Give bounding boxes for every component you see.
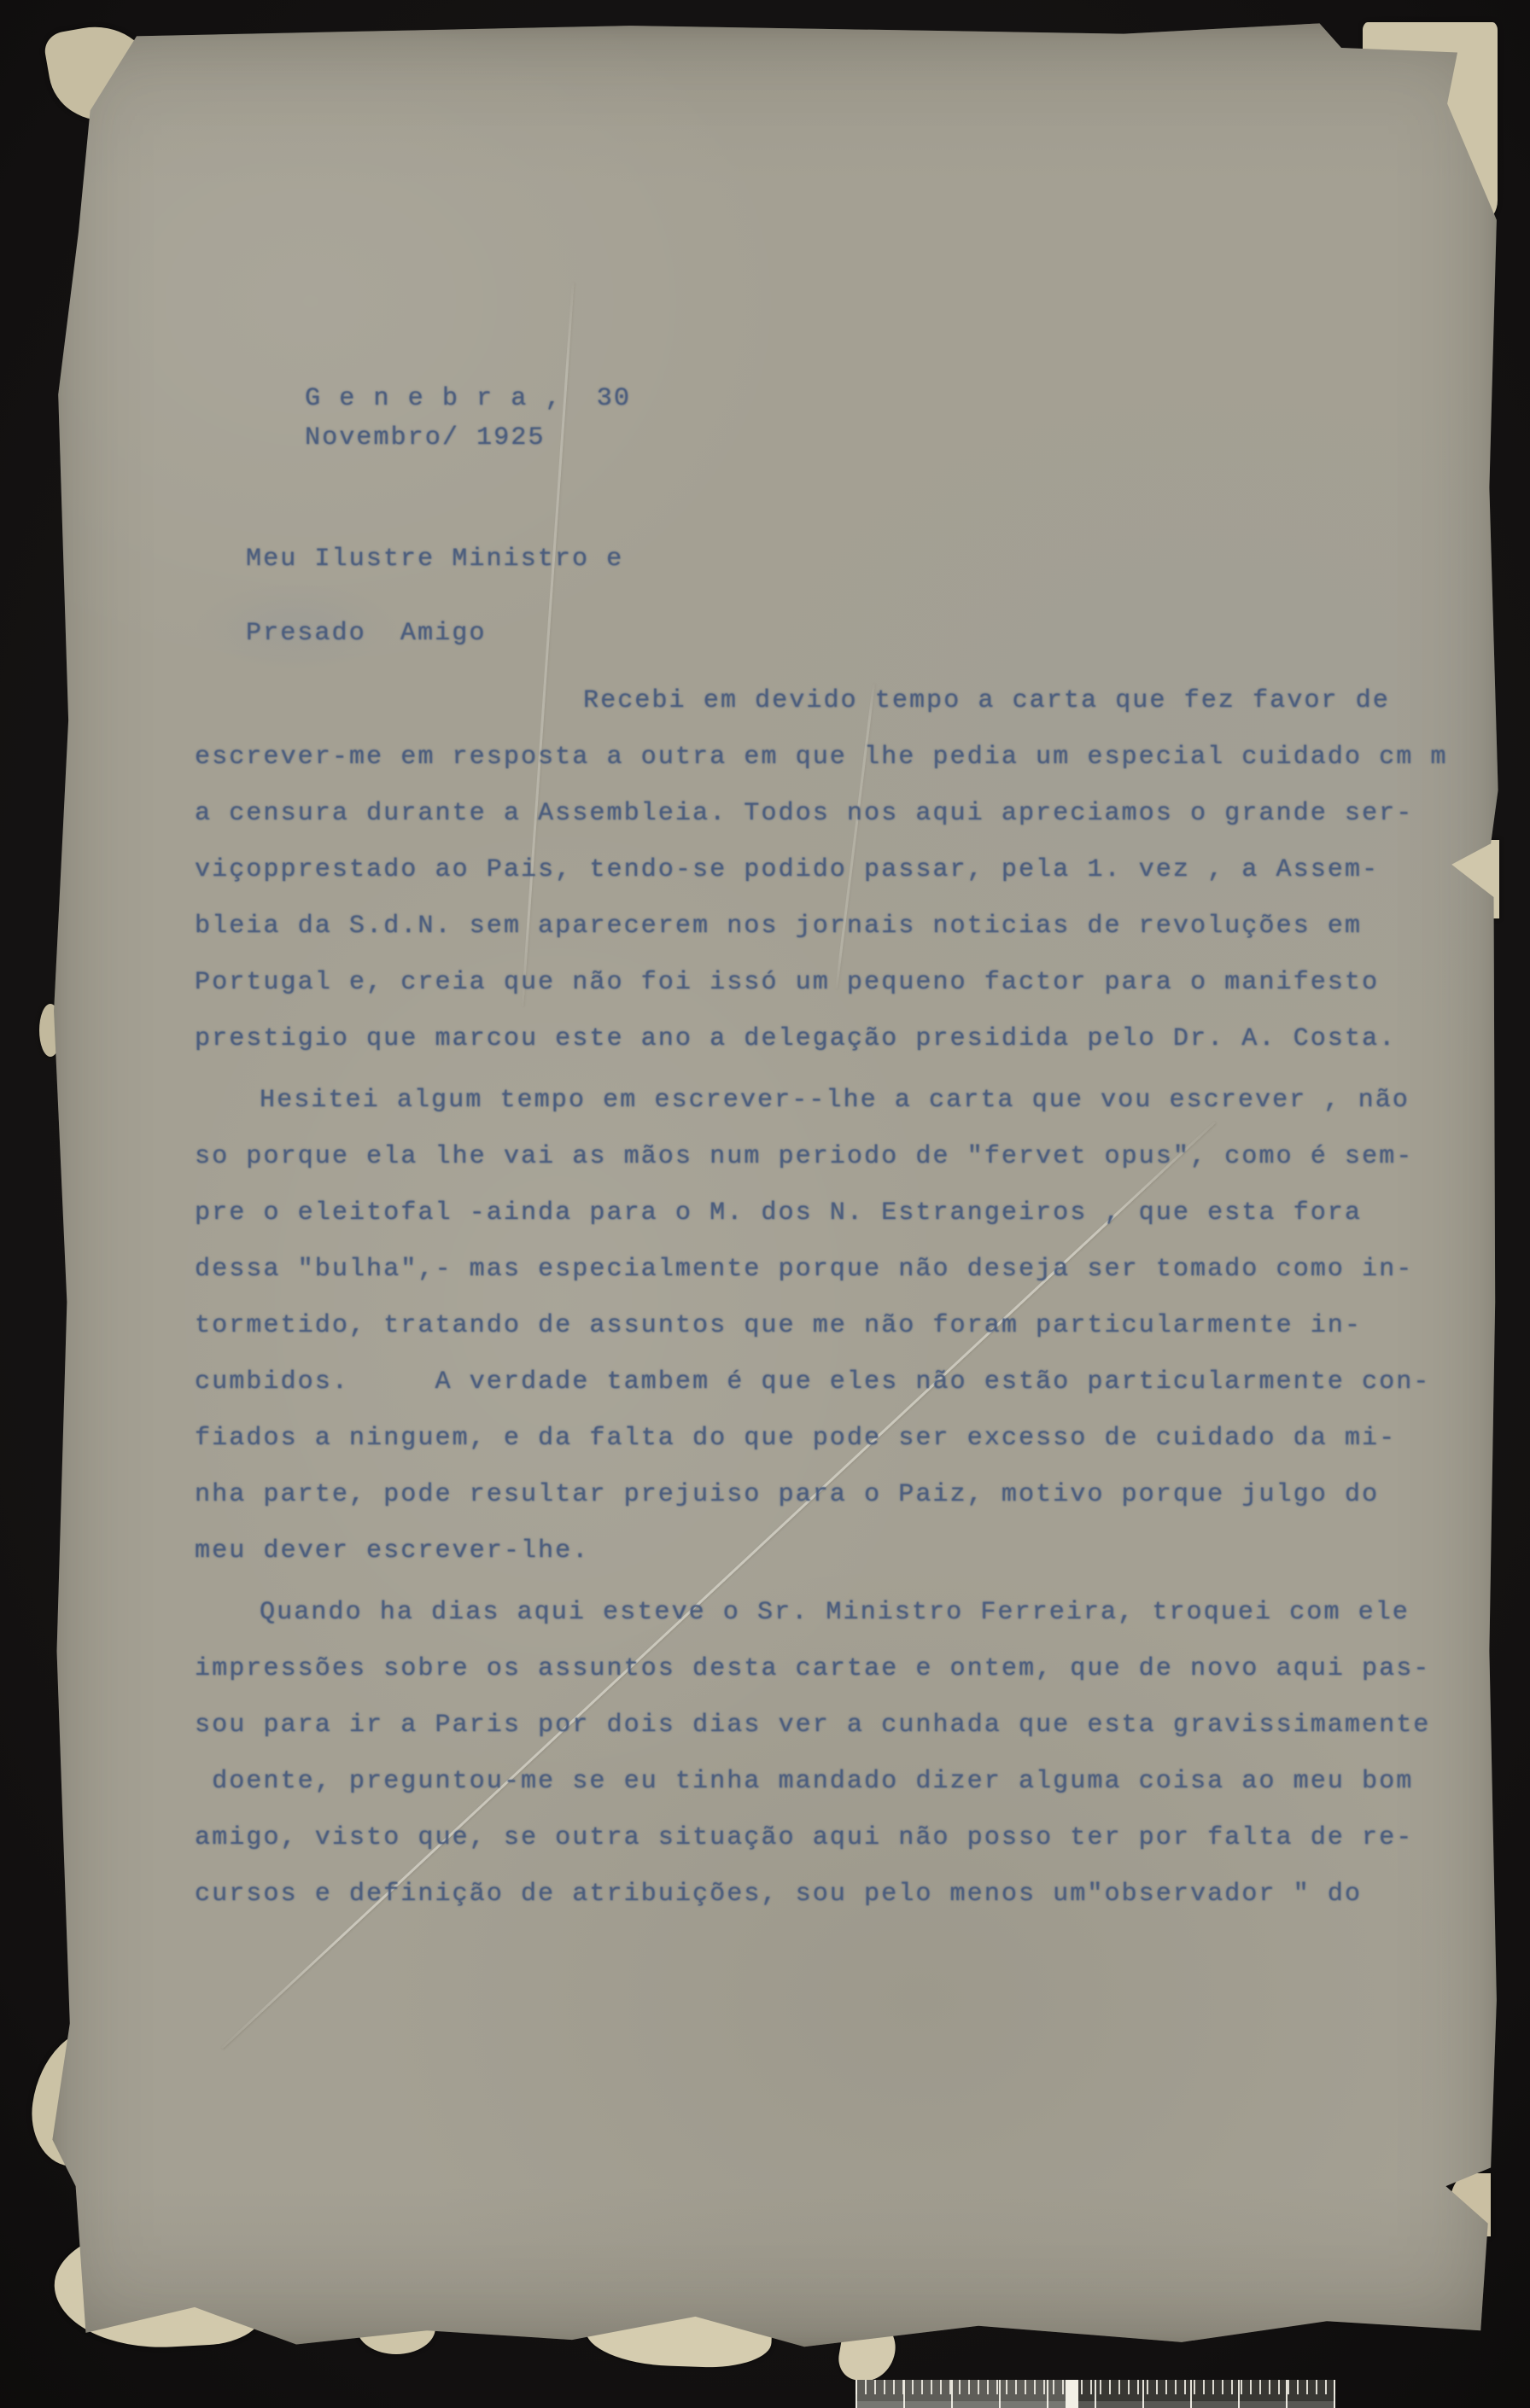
letter-line: meu dever escrever-lhe. [195, 1523, 1430, 1579]
scale-marker [1066, 2380, 1078, 2408]
letter-line: bleia da S.d.N. sem aparecerem nos jorna… [195, 898, 1448, 954]
letter-paragraph: Quando ha dias aqui esteve o Sr. Ministr… [195, 1584, 1430, 1922]
letter-page: G e n e b r a , 30 Novembro/ 1925 Meu Il… [50, 22, 1501, 2349]
letter-paragraph: Hesitei algum tempo em escrever--lhe a c… [195, 1072, 1430, 1579]
letter-line: tormetido, tratando de assuntos que me n… [195, 1297, 1430, 1354]
letter-line: fiados a ninguem, e da falta do que pode… [195, 1410, 1430, 1466]
letter-line: prestigio que marcou este ano a delegaçã… [195, 1011, 1448, 1067]
letter-line: dessa "bulha",- mas especialmente porque… [195, 1241, 1430, 1297]
photo-backdrop: G e n e b r a , 30 Novembro/ 1925 Meu Il… [0, 0, 1530, 2408]
letter-line: doente, preguntou-me se eu tinha mandado… [195, 1753, 1430, 1810]
typewritten-text: G e n e b r a , 30 Novembro/ 1925 Meu Il… [50, 22, 1501, 2349]
letter-paragraph: Recebi em devido tempo a carta que fez f… [195, 673, 1448, 1067]
letter-line: pre o eleitofal -ainda para o M. dos N. … [195, 1185, 1430, 1241]
dateline-date: Novembro/ 1925 [305, 418, 631, 458]
letter-line: cumbidos. A verdade tambem é que eles nã… [195, 1354, 1430, 1410]
salutation: Meu Ilustre Ministro e Presado Amigo [246, 522, 623, 671]
letter-line: impressões sobre os assuntos desta carta… [195, 1641, 1430, 1697]
salutation-line: Meu Ilustre Ministro e [246, 522, 623, 597]
letter-line: amigo, visto que, se outra situação aqui… [195, 1810, 1430, 1866]
letter-line: sou para ir a Paris por dois dias ver a … [195, 1697, 1430, 1753]
letter-line: Hesitei algum tempo em escrever--lhe a c… [195, 1072, 1430, 1128]
letter-line: Portugal e, creia que não foi issó um pe… [195, 954, 1448, 1011]
letter-line: so porque ela lhe vai as mãos num period… [195, 1128, 1430, 1185]
letter-line: Recebi em devido tempo a carta que fez f… [195, 673, 1448, 729]
scale-lower-band [856, 2401, 1335, 2408]
letter-line: escrever-me em resposta a outra em que l… [195, 729, 1448, 785]
dateline: G e n e b r a , 30 Novembro/ 1925 [305, 379, 631, 458]
letter-line: Quando ha dias aqui esteve o Sr. Ministr… [195, 1584, 1430, 1641]
measurement-scale [856, 2380, 1335, 2408]
letter-line: a censura durante a Assembleia. Todos no… [195, 785, 1448, 842]
dateline-place: G e n e b r a , 30 [305, 379, 631, 418]
letter-line: viçopprestado ao Pais, tendo-se podido p… [195, 842, 1448, 898]
salutation-line: Presado Amigo [246, 597, 623, 671]
letter-line: nha parte, pode resultar prejuiso para o… [195, 1466, 1430, 1523]
letter-line: cursos e definição de atribuições, sou p… [195, 1866, 1430, 1922]
